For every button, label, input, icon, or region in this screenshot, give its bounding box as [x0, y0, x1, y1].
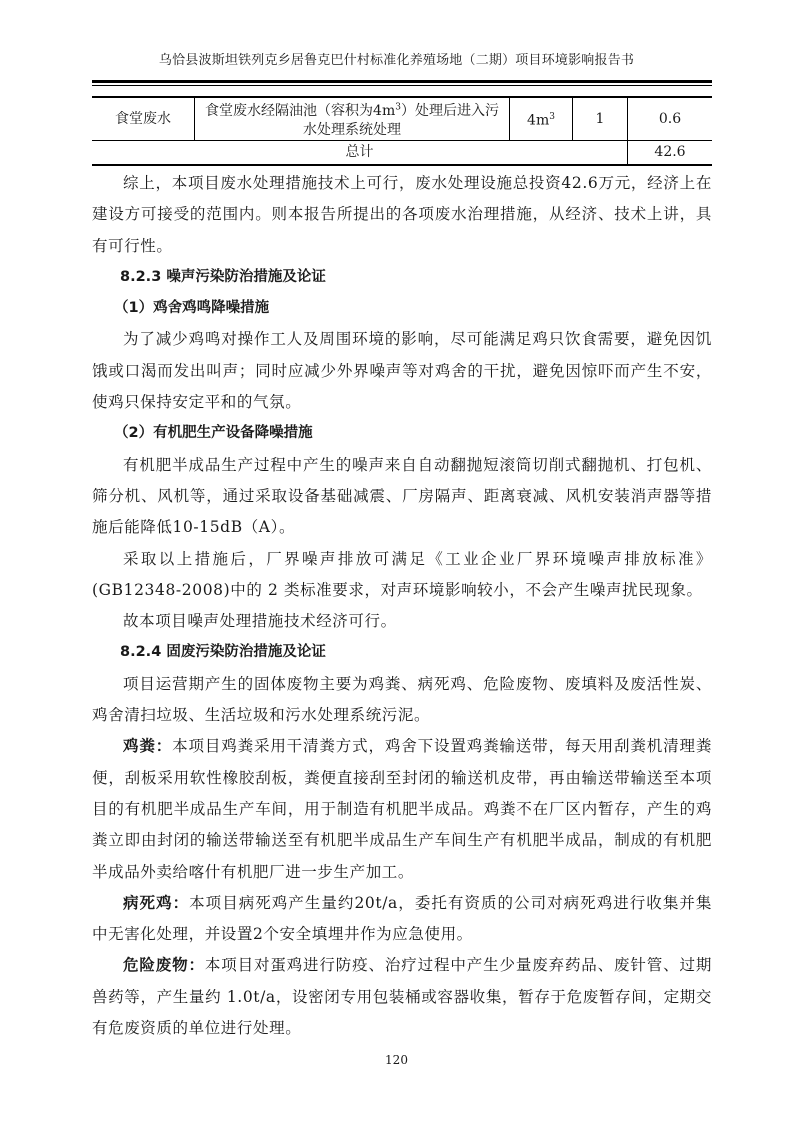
paragraph-manure: 鸡粪：本项目鸡粪采用干清粪方式，鸡舍下设置鸡粪输送带，每天用刮粪机清理粪便，刮板… — [92, 731, 712, 887]
total-label: 总计 — [92, 140, 628, 165]
subheading-2: （2）有机肥生产设备降噪措施 — [92, 418, 712, 449]
paragraph-solid-waste: 项目运营期产生的固体废物主要为鸡粪、病死鸡、危险废物、废填料及废活性炭、鸡舍清扫… — [92, 669, 712, 732]
dead-lead: 病死鸡： — [123, 894, 189, 912]
hazardous-lead: 危险废物： — [123, 956, 205, 974]
header-rule — [92, 80, 712, 83]
table-total-row: 总计 42.6 — [92, 140, 712, 165]
cell-investment: 0.6 — [628, 97, 713, 140]
investment-table: 食堂废水 食堂废水经隔油池（容积为4m3）处理后进入污水处理系统处理 4m3 1… — [92, 96, 712, 166]
paragraph-dead-chicken: 病死鸡：本项目病死鸡产生量约20t/a，委托有资质的公司对病死鸡进行收集并集中无… — [92, 888, 712, 951]
body-content: 综上，本项目废水处理措施技术上可行，废水处理设施总投资42.6万元，经济上在建设… — [92, 168, 712, 1044]
subheading-1: （1）鸡舍鸡鸣降噪措施 — [92, 293, 712, 324]
section-heading-8-2-3: 8.2.3 噪声污染防治措施及论证 — [92, 262, 712, 293]
header-rule-thin — [92, 85, 712, 86]
measure-line-1: 食堂废水经隔油池（容积为4m3）处理后进入污 — [205, 103, 499, 119]
cell-item: 食堂废水 — [92, 97, 195, 140]
manure-text: 本项目鸡粪采用干清粪方式，鸡舍下设置鸡粪输送带，每天用刮粪机清理粪便，刮板采用软… — [92, 737, 712, 880]
running-header: 乌恰县波斯坦铁列克乡居鲁克巴什村标准化养殖场地（二期）项目环境影响报告书 — [0, 49, 793, 68]
paragraph-equipment-noise: 有机肥半成品生产过程中产生的噪声来自自动翻抛短滚筒切削式翻抛机、打包机、筛分机、… — [92, 450, 712, 544]
section-heading-8-2-4: 8.2.4 固废污染防治措施及论证 — [92, 637, 712, 668]
paragraph-hazardous: 危险废物：本项目对蛋鸡进行防疫、治疗过程中产生少量废弃药品、废针管、过期兽药等，… — [92, 950, 712, 1044]
table-row: 食堂废水 食堂废水经隔油池（容积为4m3）处理后进入污水处理系统处理 4m3 1… — [92, 97, 712, 140]
paragraph-feasible: 故本项目噪声处理措施技术经济可行。 — [92, 606, 712, 637]
cell-scale: 4m3 — [510, 97, 573, 140]
manure-lead: 鸡粪： — [123, 737, 172, 755]
cell-quantity: 1 — [573, 97, 628, 140]
paragraph-standard: 采取以上措施后，厂界噪声排放可满足《工业企业厂界环境噪声排放标准》(GB1234… — [92, 544, 712, 607]
measure-line-2: 水处理系统处理 — [303, 122, 401, 138]
page-number: 120 — [0, 1053, 793, 1067]
cell-measure: 食堂废水经隔油池（容积为4m3）处理后进入污水处理系统处理 — [195, 97, 510, 140]
paragraph-chicken-noise: 为了减少鸡鸣对操作工人及周围环境的影响，尽可能满足鸡只饮食需要，避免因饥饿或口渴… — [92, 324, 712, 418]
paragraph-summary: 综上，本项目废水处理措施技术上可行，废水处理设施总投资42.6万元，经济上在建设… — [92, 168, 712, 262]
total-value: 42.6 — [628, 140, 713, 165]
